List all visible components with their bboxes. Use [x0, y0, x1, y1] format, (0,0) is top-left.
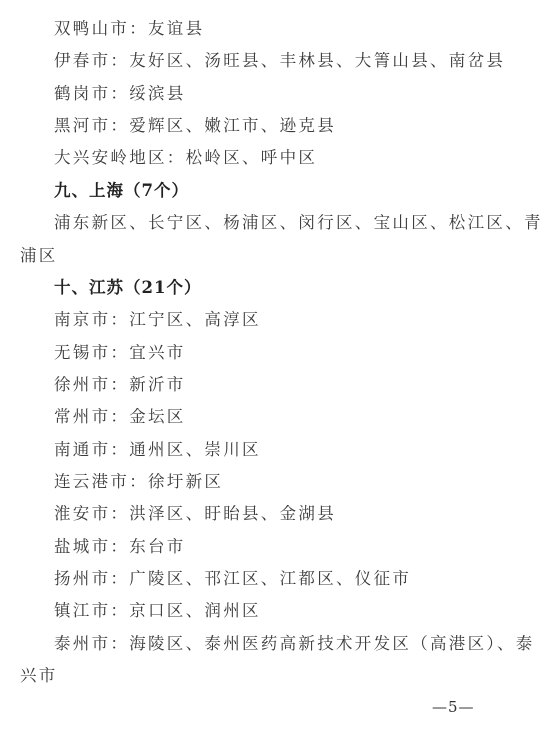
- entry-heihe: 黑河市：爱辉区、嫩江市、逊克县: [54, 115, 336, 137]
- entry-yancheng: 盐城市：东台市: [54, 536, 186, 558]
- section-heading-jiangsu: 十、江苏（21个）: [54, 277, 201, 299]
- entry-huaian: 淮安市：洪泽区、盱眙县、金湖县: [54, 503, 336, 525]
- entry-hegang: 鹤岗市：绥滨县: [54, 83, 186, 105]
- document-page: 双鸭山市：友谊县 伊春市：友好区、汤旺县、丰林县、大箐山县、南岔县 鹤岗市：绥滨…: [0, 0, 542, 754]
- section-heading-shanghai: 九、上海（7个）: [54, 180, 189, 202]
- entry-yangzhou: 扬州市：广陵区、邗江区、江都区、仪征市: [54, 568, 411, 590]
- entry-changzhou: 常州市：金坛区: [54, 406, 186, 428]
- entry-nanjing: 南京市：江宁区、高淳区: [54, 309, 261, 331]
- entry-zhenjiang: 镇江市：京口区、润州区: [54, 600, 261, 622]
- entry-shuangyashan: 双鸭山市：友谊县: [54, 18, 204, 40]
- entry-xuzhou: 徐州市：新沂市: [54, 374, 186, 396]
- page-number: —5—: [432, 698, 475, 716]
- entry-taizhou: 泰州市：海陵区、泰州医药高新技术开发区（高港区）、泰: [54, 633, 535, 655]
- entry-nantong: 南通市：通州区、崇川区: [54, 439, 261, 461]
- entry-lianyungang: 连云港市：徐圩新区: [54, 471, 223, 493]
- entry-shanghai-districts: 浦东新区、长宁区、杨浦区、闵行区、宝山区、松江区、青: [54, 212, 542, 234]
- entry-daxinganling: 大兴安岭地区：松岭区、呼中区: [54, 147, 317, 169]
- entry-wuxi: 无锡市：宜兴市: [54, 342, 186, 364]
- entry-shanghai-continuation: 浦区: [20, 245, 58, 267]
- entry-taizhou-continuation: 兴市: [20, 665, 58, 687]
- entry-yichun: 伊春市：友好区、汤旺县、丰林县、大箐山县、南岔县: [54, 50, 505, 72]
